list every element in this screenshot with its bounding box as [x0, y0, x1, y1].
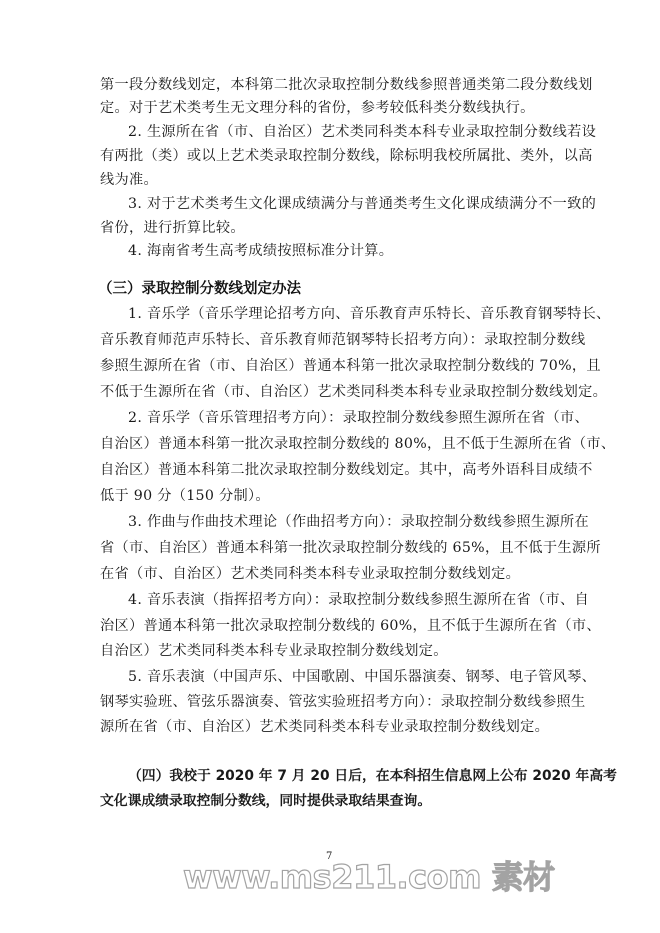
s3-item-2-line: 自治区）普通本科第一批次录取控制分数线的 80%，且不低于生源所在省（市、 [100, 434, 553, 454]
s3-item-1-line: 参照生源所在省（市、自治区）普通本科第一批次录取控制分数线的 70%，且 [100, 356, 553, 376]
section-4-line: （四）我校于 2020 年 7 月 20 日后，在本科招生信息网上公布 2020… [128, 766, 553, 786]
s3-item-3-line: 省（市、自治区）普通本科第一批次录取控制分数线的 65%，且不低于生源所 [100, 538, 553, 558]
watermark: www.ms211.com 素材 [183, 852, 555, 898]
s3-item-5-line: 5. 音乐表演（中国声乐、中国歌剧、中国乐器演奏、钢琴、电子管风琴、 [128, 667, 553, 687]
item-2-line: 2. 生源所在省（市、自治区）艺术类同科类本科专业录取控制分数线若设 [128, 122, 553, 142]
s3-item-2-line: 低于 90 分（150 分制）。 [100, 486, 553, 506]
item-3-line: 省份，进行折算比较。 [100, 218, 553, 238]
s3-item-4-line: 4. 音乐表演（指挥招考方向）：录取控制分数线参照生源所在省（市、自 [128, 590, 553, 610]
item-4-line: 4. 海南省考生高考成绩按照标准分计算。 [128, 241, 553, 261]
s3-item-1-line: 不低于生源所在省（市、自治区）艺术类同科类本科专业录取控制分数线划定。 [100, 382, 553, 402]
paragraph-line: 第一段分数线划定，本科第二批次录取控制分数线参照普通类第二段分数线划 [100, 75, 553, 95]
item-2-line: 线为准。 [100, 170, 553, 190]
section-3-heading: （三）录取控制分数线划定办法 [98, 279, 301, 299]
s3-item-3-line: 3. 作曲与作曲技术理论（作曲招考方向）：录取控制分数线参照生源所在 [128, 512, 553, 532]
section-4-line: 文化课成绩录取控制分数线，同时提供录取结果查询。 [100, 791, 553, 811]
s3-item-1-line: 音乐教育师范声乐特长、音乐教育师范钢琴特长招考方向）：录取控制分数线 [100, 330, 553, 350]
document-page: 第一段分数线划定，本科第二批次录取控制分数线参照普通类第二段分数线划 定。对于艺… [0, 0, 660, 933]
s3-item-4-line: 自治区）艺术类同科类本科专业录取控制分数线划定。 [100, 641, 553, 661]
s3-item-2-line: 2. 音乐学（音乐管理招考方向）：录取控制分数线参照生源所在省（市、 [128, 408, 553, 428]
paragraph-line: 定。对于艺术类考生无文理分科的省份，参考较低科类分数线执行。 [100, 98, 553, 118]
s3-item-4-line: 治区）普通本科第一批次录取控制分数线的 60%，且不低于生源所在省（市、 [100, 616, 553, 636]
item-3-line: 3. 对于艺术类考生文化课成绩满分与普通类考生文化课成绩满分不一致的 [128, 194, 553, 214]
s3-item-2-line: 自治区）普通本科第二批次录取控制分数线划定。其中，高考外语科目成绩不 [100, 460, 553, 480]
s3-item-3-line: 在省（市、自治区）艺术类同科类本科专业录取控制分数线划定。 [100, 564, 553, 584]
item-2-line: 有两批（类）或以上艺术类录取控制分数线，除标明我校所属批、类外，以高 [100, 146, 553, 166]
s3-item-5-line: 源所在省（市、自治区）艺术类同科类本科专业录取控制分数线划定。 [100, 717, 553, 737]
s3-item-5-line: 钢琴实验班、管弦乐器演奏、管弦实验班招考方向）：录取控制分数线参照生 [100, 692, 553, 712]
s3-item-1-line: 1. 音乐学（音乐学理论招考方向、音乐教育声乐特长、音乐教育钢琴特长、 [128, 304, 553, 324]
